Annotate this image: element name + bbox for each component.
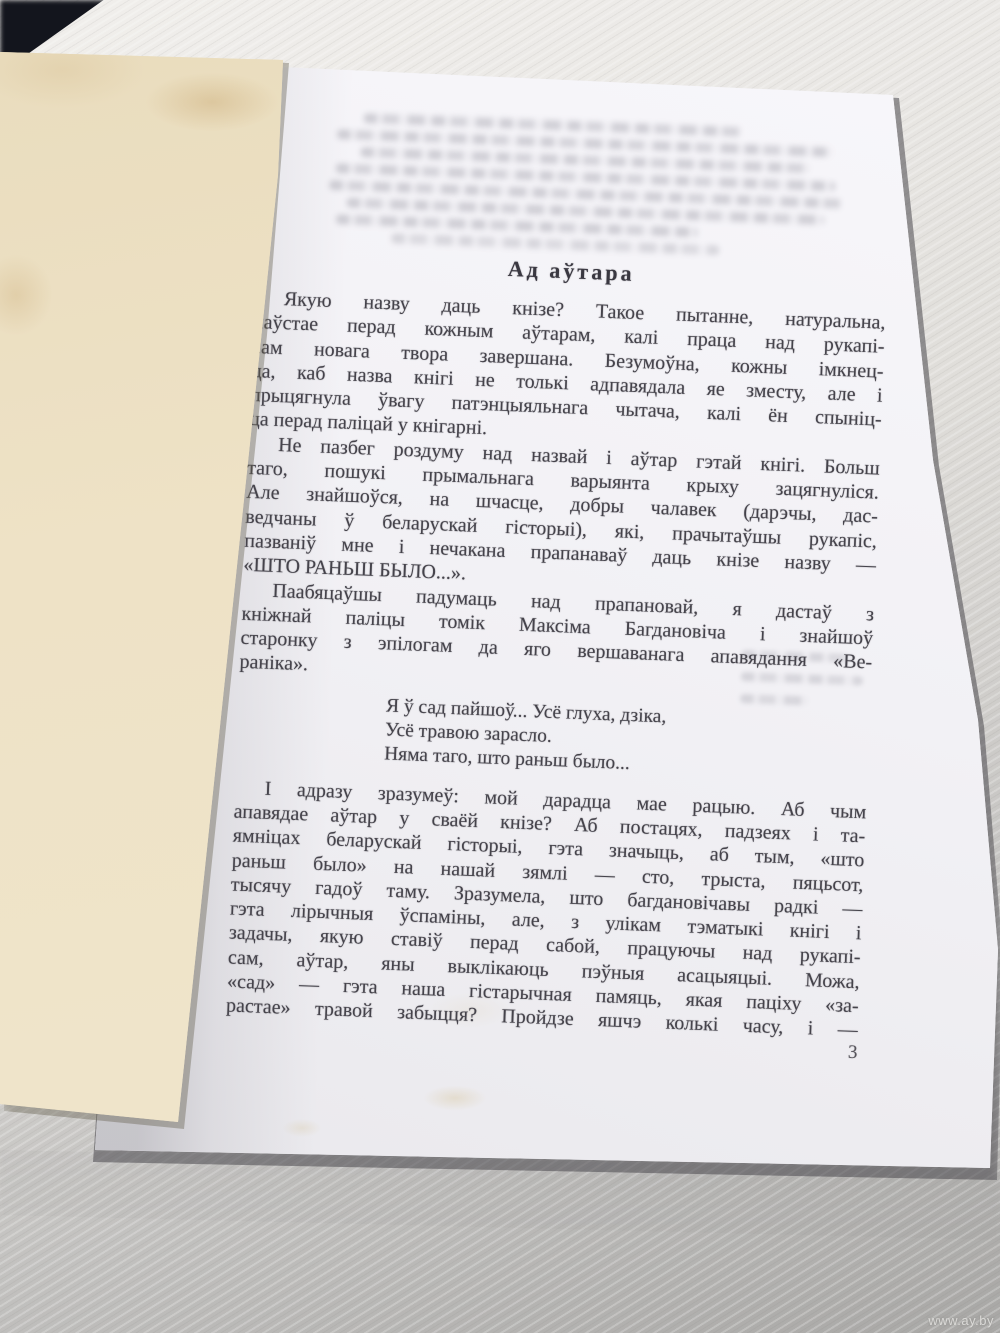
bleed-line bbox=[391, 233, 719, 255]
site-watermark: www.ay.by bbox=[928, 1313, 994, 1328]
page-number: 3 bbox=[848, 1042, 858, 1064]
book-photo: Ад аўтараЯкую назву даць кнізе? Такое пы… bbox=[0, 0, 1000, 1333]
body-paragraph: Не пазбег роздуму над назвай і аўтар гэт… bbox=[243, 432, 880, 602]
body-paragraph: І адразу зразумеў: мой дарадца мае рацыю… bbox=[226, 775, 867, 1043]
text-flow: Ад аўтараЯкую назву даць кнізе? Такое пы… bbox=[226, 246, 888, 1043]
body-paragraph: Якую назву даць кнізе? Такое пытанне, на… bbox=[249, 286, 886, 456]
verse-quote: Я ў сад пайшоў... Усё глуха, дзіка,Усё т… bbox=[384, 694, 870, 786]
bleed-through-text bbox=[327, 112, 844, 267]
